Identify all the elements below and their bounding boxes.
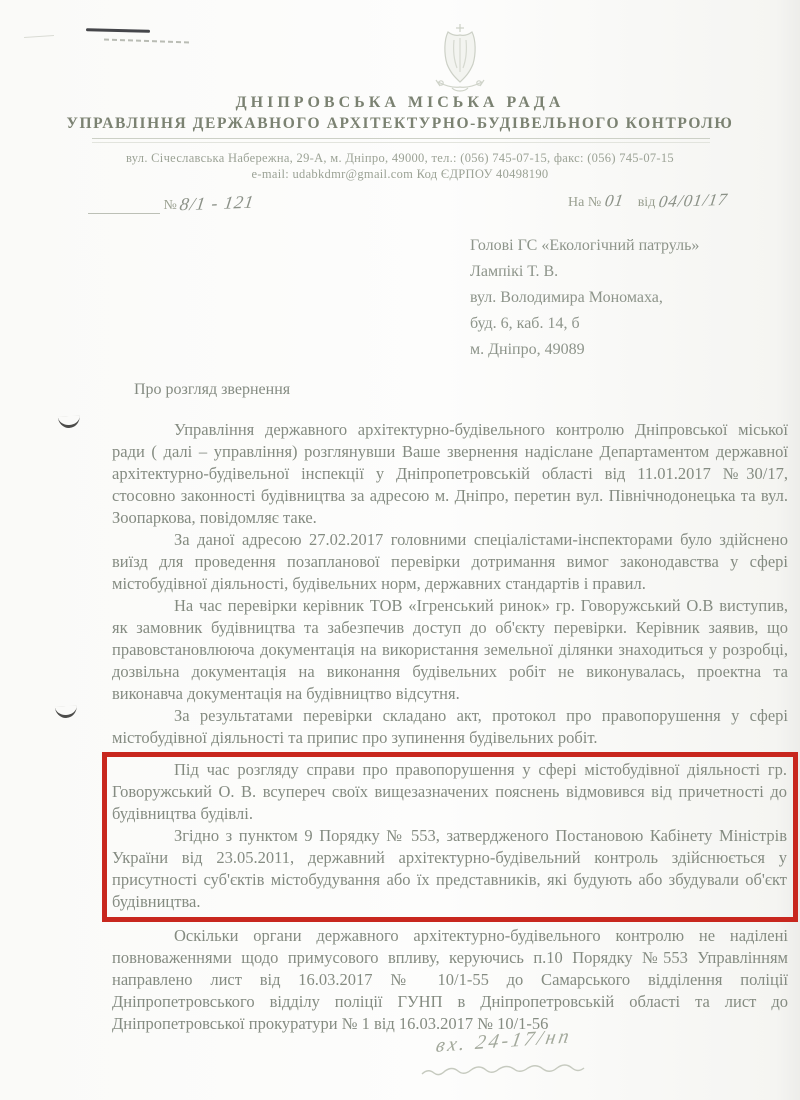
fold-mark-echo <box>104 38 190 43</box>
scanned-letter-page: ДНІПРОВСЬКА МІСЬКА РАДА УПРАВЛІННЯ ДЕРЖА… <box>0 0 800 1100</box>
outgoing-number-handwritten: 8/1 - 121 <box>179 192 256 216</box>
faint-scribble <box>418 1064 608 1080</box>
body-paragraph: За результатами перевірки складано акт, … <box>112 705 788 749</box>
address-line: вул. Січеславська Набережна, 29-А, м. Дн… <box>0 151 800 166</box>
incoming-reference: На № 01 від 04/01/17 <box>568 191 727 211</box>
highlighted-paragraph: Під час розгляду справи про правопорушен… <box>112 759 787 825</box>
subject-line: Про розгляд звернення <box>134 381 290 399</box>
number-label: № <box>164 198 177 213</box>
reply-date-handwritten: 04/01/17 <box>657 190 729 212</box>
reference-underline <box>88 199 160 214</box>
highlighted-paragraph: Згідно з пунктом 9 Порядку № 553, затвер… <box>112 825 787 913</box>
header-divider <box>92 138 710 143</box>
recipient-block: Голові ГС «Екологічний патруль» Лампікі … <box>470 233 699 363</box>
red-highlight-box: Під час розгляду справи про правопорушен… <box>102 752 798 922</box>
recipient-line: вул. Володимира Мономаха, <box>470 285 699 311</box>
coat-of-arms-icon <box>424 20 496 96</box>
margin-check-mark <box>55 706 77 719</box>
recipient-line: м. Дніпро, 49089 <box>470 337 699 363</box>
margin-check-mark <box>58 416 80 429</box>
date-label: від <box>638 195 656 210</box>
body-paragraph: На час перевірки керівник ТОВ «Ігренськи… <box>112 595 788 705</box>
letter-body: Управління державного архітектурно-будів… <box>112 419 788 1035</box>
body-paragraph: За даної адресою 27.02.2017 головними сп… <box>112 529 788 595</box>
contact-line: e-mail: udabkdmr@gmail.com Код ЄДРПОУ 40… <box>0 167 800 182</box>
department-name: УПРАВЛІННЯ ДЕРЖАВНОГО АРХІТЕКТУРНО-БУДІВ… <box>0 115 800 133</box>
fold-mark-faint <box>24 35 54 38</box>
reply-label: На № <box>568 195 601 210</box>
organization-name: ДНІПРОВСЬКА МІСЬКА РАДА <box>0 94 800 112</box>
fold-mark <box>86 28 150 33</box>
recipient-line: Голові ГС «Екологічний патруль» <box>470 233 699 259</box>
recipient-line: Лампікі Т. В. <box>470 259 699 285</box>
reply-number-handwritten: 01 <box>603 191 625 212</box>
body-paragraph: Оскільки органи державного архітектурно-… <box>112 925 788 1035</box>
outgoing-reference: № 8/1 - 121 <box>88 193 254 214</box>
body-paragraph: Управління державного архітектурно-будів… <box>112 419 788 529</box>
recipient-line: буд. 6, каб. 14, б <box>470 311 699 337</box>
